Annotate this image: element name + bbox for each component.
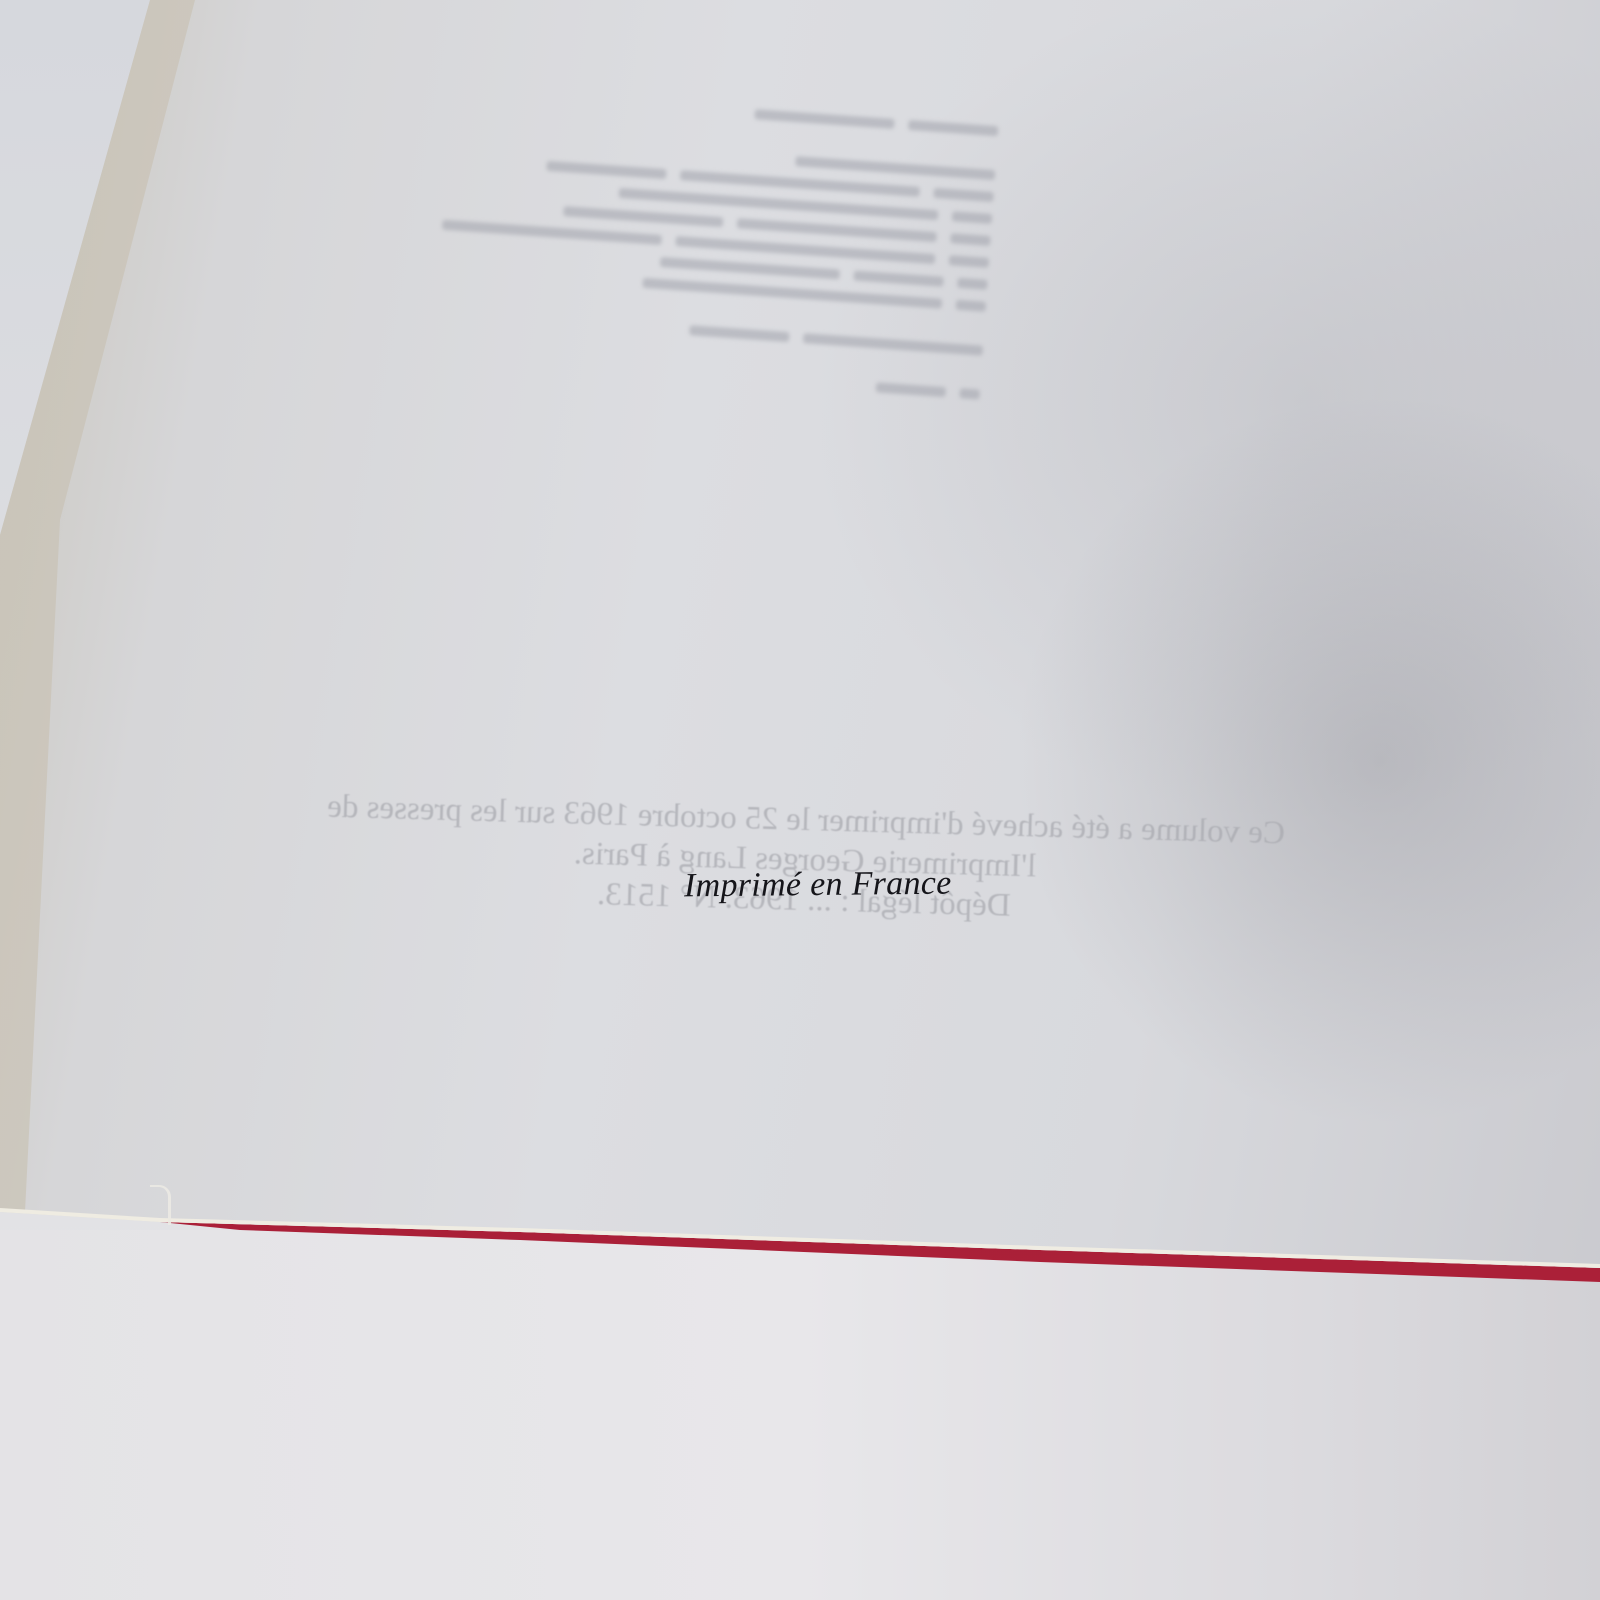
table-surface [0, 1230, 1600, 1600]
show-through-table-of-contents [181, 62, 999, 403]
page-tear-mark [150, 1185, 171, 1225]
imprint-text: Imprimé en France [684, 865, 952, 906]
